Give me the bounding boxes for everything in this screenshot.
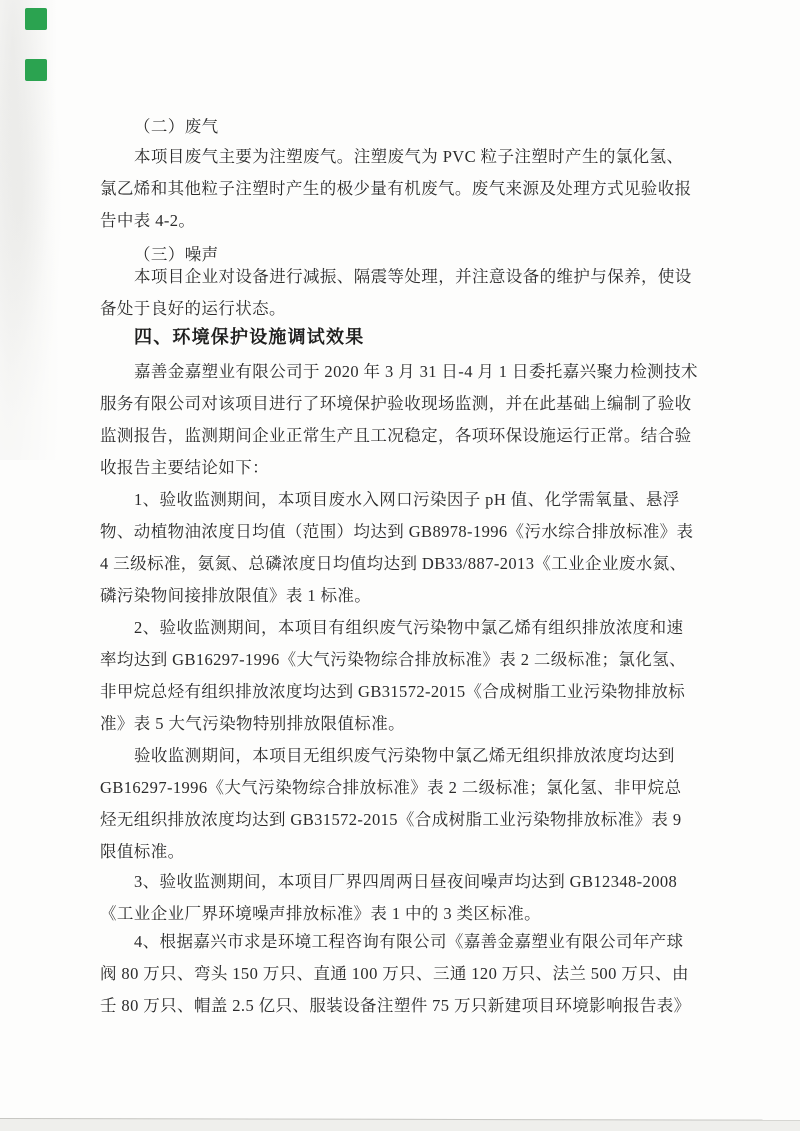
paper-bottom-edge-shadow — [0, 1118, 800, 1131]
text-line: 4、根据嘉兴市求是环境工程咨询有限公司《嘉善金嘉塑业有限公司年产球 — [100, 926, 718, 958]
text-line: 壬 80 万只、帽盖 2.5 亿只、服装设备注塑件 75 万只新建项目环境影响报… — [100, 990, 718, 1022]
text-line: 服务有限公司对该项目进行了环境保护验收现场监测，并在此基础上编制了验收 — [100, 388, 718, 420]
subheading-waste-gas-text: （二）废气 — [100, 111, 718, 143]
paragraph-conclusion-3: 3、验收监测期间，本项目厂界四周两日昼夜间噪声均达到 GB12348-2008 … — [100, 866, 718, 930]
text-line: 告中表 4-2。 — [100, 205, 718, 237]
text-line: 磷污染物间接排放限值》表 1 标准。 — [100, 580, 718, 612]
text-line: 2、验收监测期间，本项目有组织废气污染物中氯乙烯有组织排放浓度和速 — [100, 612, 718, 644]
text-line: 物、动植物油浓度日均值（范围）均达到 GB8978-1996《污水综合排放标准》… — [100, 516, 718, 548]
section-heading-four: 四、环境保护设施调试效果 — [100, 321, 718, 353]
text-line: 阀 80 万只、弯头 150 万只、直通 100 万只、三通 120 万只、法兰… — [100, 958, 718, 990]
text-line: 1、验收监测期间，本项目废水入网口污染因子 pH 值、化学需氧量、悬浮 — [100, 484, 718, 516]
text-line: 验收监测期间，本项目无组织废气污染物中氯乙烯无组织排放浓度均达到 — [100, 740, 718, 772]
green-marker-top — [25, 8, 47, 30]
paragraph-monitoring-intro: 嘉善金嘉塑业有限公司于 2020 年 3 月 31 日-4 月 1 日委托嘉兴聚… — [100, 356, 718, 484]
scanned-report-page: （二）废气 本项目废气主要为注塑废气。注塑废气为 PVC 粒子注塑时产生的氯化氢… — [0, 0, 800, 1131]
subheading-waste-gas: （二）废气 — [100, 111, 718, 143]
text-line: GB16297-1996《大气污染物综合排放标准》表 2 二级标准；氯化氢、非甲… — [100, 772, 718, 804]
text-line: 嘉善金嘉塑业有限公司于 2020 年 3 月 31 日-4 月 1 日委托嘉兴聚… — [100, 356, 718, 388]
text-line: 限值标准。 — [100, 836, 718, 868]
text-line: 4 三级标准，氨氮、总磷浓度日均值均达到 DB33/887-2013《工业企业废… — [100, 548, 718, 580]
paragraph-noise: 本项目企业对设备进行减振、隔震等处理，并注意设备的维护与保养，使设 备处于良好的… — [100, 261, 718, 325]
text-line: 烃无组织排放浓度均达到 GB31572-2015《合成树脂工业污染物排放标准》表… — [100, 804, 718, 836]
text-line: 本项目废气主要为注塑废气。注塑废气为 PVC 粒子注塑时产生的氯化氢、 — [100, 141, 718, 173]
text-line: 准》表 5 大气污染物特别排放限值标准。 — [100, 708, 718, 740]
green-marker-bottom — [25, 59, 47, 81]
text-line: 本项目企业对设备进行减振、隔震等处理，并注意设备的维护与保养，使设 — [100, 261, 718, 293]
text-line: 率均达到 GB16297-1996《大气污染物综合排放标准》表 2 二级标准；氯… — [100, 644, 718, 676]
paragraph-conclusion-2: 2、验收监测期间，本项目有组织废气污染物中氯乙烯有组织排放浓度和速 率均达到 G… — [100, 612, 718, 740]
paragraph-waste-gas: 本项目废气主要为注塑废气。注塑废气为 PVC 粒子注塑时产生的氯化氢、 氯乙烯和… — [100, 141, 718, 237]
paragraph-conclusion-4: 4、根据嘉兴市求是环境工程咨询有限公司《嘉善金嘉塑业有限公司年产球 阀 80 万… — [100, 926, 718, 1022]
paragraph-conclusion-2b: 验收监测期间，本项目无组织废气污染物中氯乙烯无组织排放浓度均达到 GB16297… — [100, 740, 718, 868]
text-line: 3、验收监测期间，本项目厂界四周两日昼夜间噪声均达到 GB12348-2008 — [100, 866, 718, 898]
section-heading-four-text: 四、环境保护设施调试效果 — [100, 321, 718, 353]
text-line: 收报告主要结论如下： — [100, 452, 718, 484]
text-line: 监测报告，监测期间企业正常生产且工况稳定，各项环保设施运行正常。结合验 — [100, 420, 718, 452]
paragraph-conclusion-1: 1、验收监测期间，本项目废水入网口污染因子 pH 值、化学需氧量、悬浮 物、动植… — [100, 484, 718, 612]
text-line: 非甲烷总烃有组织排放浓度均达到 GB31572-2015《合成树脂工业污染物排放… — [100, 676, 718, 708]
text-line: 氯乙烯和其他粒子注塑时产生的极少量有机废气。废气来源及处理方式见验收报 — [100, 173, 718, 205]
